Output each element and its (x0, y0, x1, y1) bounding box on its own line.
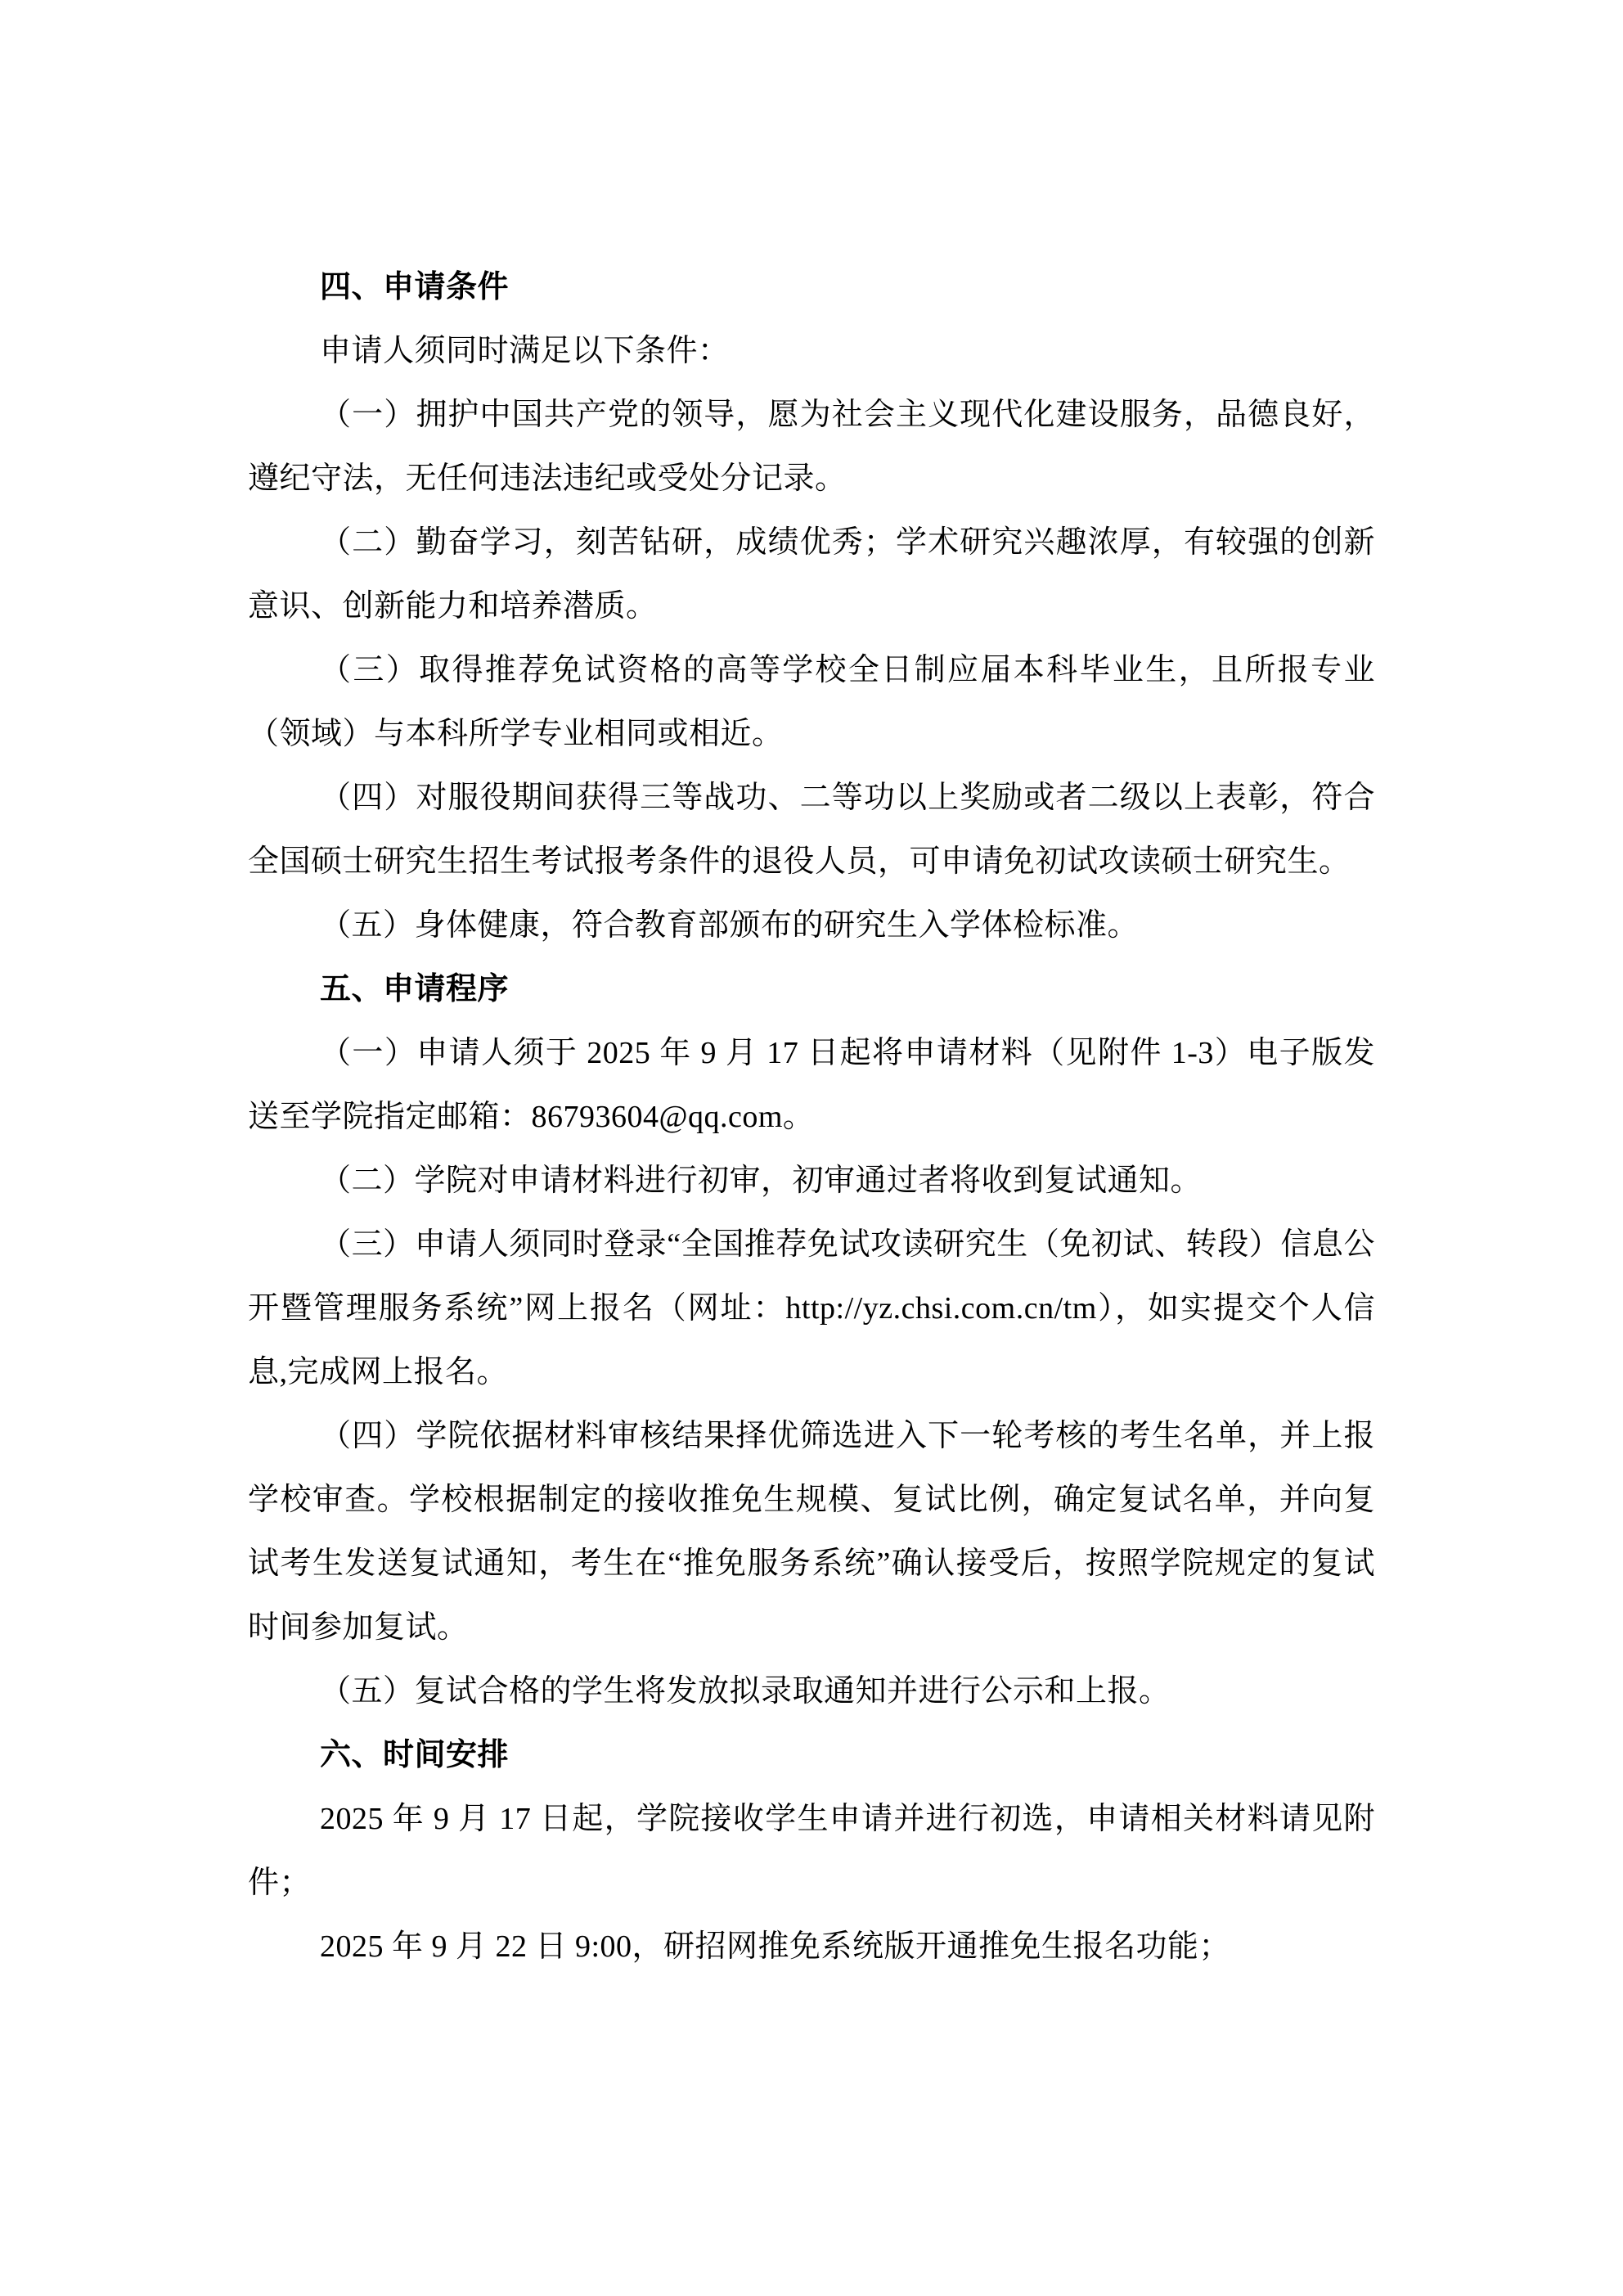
document-content: 四、申请条件 申请人须同时满足以下条件： （一）拥护中国共产党的领导，愿为社会主… (248, 255, 1375, 1979)
section-heading-schedule: 六、时间安排 (248, 1723, 1375, 1787)
section-schedule: 六、时间安排 2025 年 9 月 17 日起，学院接收学生申请并进行初选，申请… (248, 1723, 1375, 1979)
paragraph-procedure-1: （一）申请人须于 2025 年 9 月 17 日起将申请材料（见附件 1-3）电… (248, 1021, 1375, 1149)
paragraph-condition-5: （五）身体健康，符合教育部颁布的研究生入学体检标准。 (248, 894, 1375, 957)
section-heading-application-procedure: 五、申请程序 (248, 957, 1375, 1021)
paragraph-condition-3: （三）取得推荐免试资格的高等学校全日制应届本科毕业生，且所报专业（领域）与本科所… (248, 638, 1375, 766)
paragraph-procedure-4: （四）学院依据材料审核结果择优筛选进入下一轮考核的考生名单，并上报学校审查。学校… (248, 1404, 1375, 1659)
paragraph-procedure-3: （三）申请人须同时登录“全国推荐免试攻读研究生（免初试、转段）信息公开暨管理服务… (248, 1213, 1375, 1404)
paragraph-procedure-5: （五）复试合格的学生将发放拟录取通知并进行公示和上报。 (248, 1659, 1375, 1723)
paragraph-condition-2: （二）勤奋学习，刻苦钻研，成绩优秀；学术研究兴趣浓厚，有较强的创新意识、创新能力… (248, 511, 1375, 638)
paragraph-schedule-2: 2025 年 9 月 22 日 9:00，研招网推免系统版开通推免生报名功能； (248, 1915, 1375, 1979)
paragraph-schedule-1: 2025 年 9 月 17 日起，学院接收学生申请并进行初选，申请相关材料请见附… (248, 1787, 1375, 1915)
section-application-procedure: 五、申请程序 （一）申请人须于 2025 年 9 月 17 日起将申请材料（见附… (248, 957, 1375, 1723)
paragraph-procedure-2: （二）学院对申请材料进行初审，初审通过者将收到复试通知。 (248, 1149, 1375, 1213)
paragraph-condition-1: （一）拥护中国共产党的领导，愿为社会主义现代化建设服务，品德良好，遵纪守法，无任… (248, 383, 1375, 511)
section-heading-application-conditions: 四、申请条件 (248, 255, 1375, 319)
document-page: 四、申请条件 申请人须同时满足以下条件： （一）拥护中国共产党的领导，愿为社会主… (0, 0, 1623, 2296)
section-application-conditions: 四、申请条件 申请人须同时满足以下条件： （一）拥护中国共产党的领导，愿为社会主… (248, 255, 1375, 957)
paragraph-conditions-intro: 申请人须同时满足以下条件： (248, 319, 1375, 383)
paragraph-condition-4: （四）对服役期间获得三等战功、二等功以上奖励或者二级以上表彰，符合全国硕士研究生… (248, 766, 1375, 894)
